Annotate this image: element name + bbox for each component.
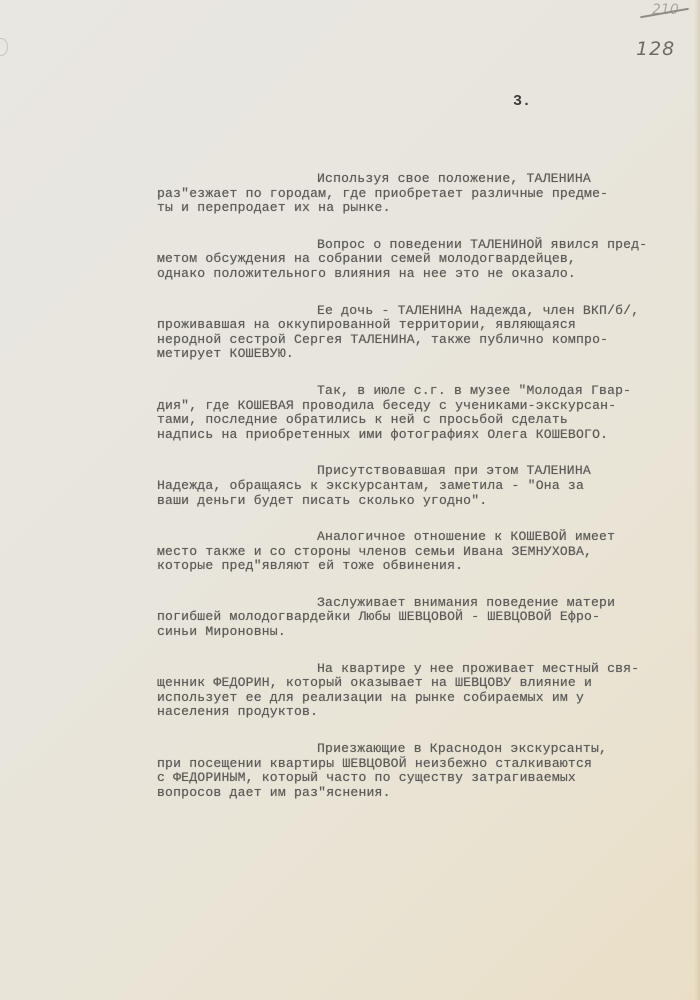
document-body: Используя свое положение, ТАЛЕНИНАраз"ез… — [157, 172, 697, 822]
text-line: Используя свое положение, ТАЛЕНИНА — [157, 172, 697, 187]
text-line: Аналогичное отношение к КОШЕВОЙ имеет — [157, 530, 697, 545]
text-line: которые пред"являют ей тоже обвинения. — [157, 559, 697, 574]
text-line: использует ее для реализации на рынке со… — [157, 691, 697, 706]
paragraph: Ее дочь - ТАЛЕНИНА Надежда, член ВКП/б/,… — [157, 304, 697, 362]
paragraph: Используя свое положение, ТАЛЕНИНАраз"ез… — [157, 172, 697, 216]
paragraph: Аналогичное отношение к КОШЕВОЙ имеетмес… — [157, 530, 697, 574]
text-line: надпись на приобретенных ими фотографиях… — [157, 428, 697, 443]
text-line: тами, последние обратились к ней с прось… — [157, 413, 697, 428]
text-line: Надежда, обращаясь к экскурсантам, замет… — [157, 479, 697, 494]
text-line: Приезжающие в Краснодон экскурсанты, — [157, 742, 697, 757]
text-line: вопросов дает им раз"яснения. — [157, 786, 697, 801]
text-line: На квартире у нее проживает местный свя- — [157, 662, 697, 677]
paragraph: Присутствовавшая при этом ТАЛЕНИНАНадежд… — [157, 464, 697, 508]
text-line: Так, в июле с.г. в музее "Молодая Гвар- — [157, 384, 697, 399]
text-line: дия", где КОШЕВАЯ проводила беседу с уче… — [157, 399, 697, 414]
binding-hole-mark — [0, 38, 8, 56]
paragraph: На квартире у нее проживает местный свя-… — [157, 662, 697, 720]
text-line: населения продуктов. — [157, 705, 697, 720]
document-page: 210 128 3. Используя свое положение, ТАЛ… — [0, 0, 700, 1000]
paragraph: Заслуживает внимания поведение материпог… — [157, 596, 697, 640]
text-line: Присутствовавшая при этом ТАЛЕНИНА — [157, 464, 697, 479]
text-line: место также и со стороны членов семьи Ив… — [157, 545, 697, 560]
text-line: однако положительного влияния на нее это… — [157, 267, 697, 282]
paragraph: Приезжающие в Краснодон экскурсанты,при … — [157, 742, 697, 800]
text-line: метирует КОШЕВУЮ. — [157, 347, 697, 362]
text-line: погибшей молодогвардейки Любы ШЕВЦОВОЙ -… — [157, 610, 697, 625]
text-line: синьи Мироновны. — [157, 625, 697, 640]
text-line: ты и перепродает их на рынке. — [157, 201, 697, 216]
text-line: Вопрос о поведении ТАЛЕНИНОЙ явился пред… — [157, 238, 697, 253]
text-line: с ФЕДОРИНЫМ, который часто по существу з… — [157, 771, 697, 786]
paragraph: Так, в июле с.г. в музее "Молодая Гвар-д… — [157, 384, 697, 442]
archive-old-number-crossed: 210 — [652, 2, 679, 18]
text-line: при посещении квартиры ШЕВЦОВОЙ неизбежн… — [157, 757, 697, 772]
text-line: неродной сестрой Сергея ТАЛЕНИНА, также … — [157, 333, 697, 348]
paragraph: Вопрос о поведении ТАЛЕНИНОЙ явился пред… — [157, 238, 697, 282]
archive-sheet-number: 128 — [636, 38, 675, 60]
text-line: метом обсуждения на собрании семей молод… — [157, 252, 697, 267]
text-line: проживавшая на оккупированной территории… — [157, 318, 697, 333]
text-line: раз"езжает по городам, где приобретает р… — [157, 187, 697, 202]
text-line: ваши деньги будет писать сколько угодно"… — [157, 494, 697, 509]
text-line: щенник ФЕДОРИН, который оказывает на ШЕВ… — [157, 676, 697, 691]
text-line: Ее дочь - ТАЛЕНИНА Надежда, член ВКП/б/, — [157, 304, 697, 319]
page-number: 3. — [513, 93, 531, 110]
